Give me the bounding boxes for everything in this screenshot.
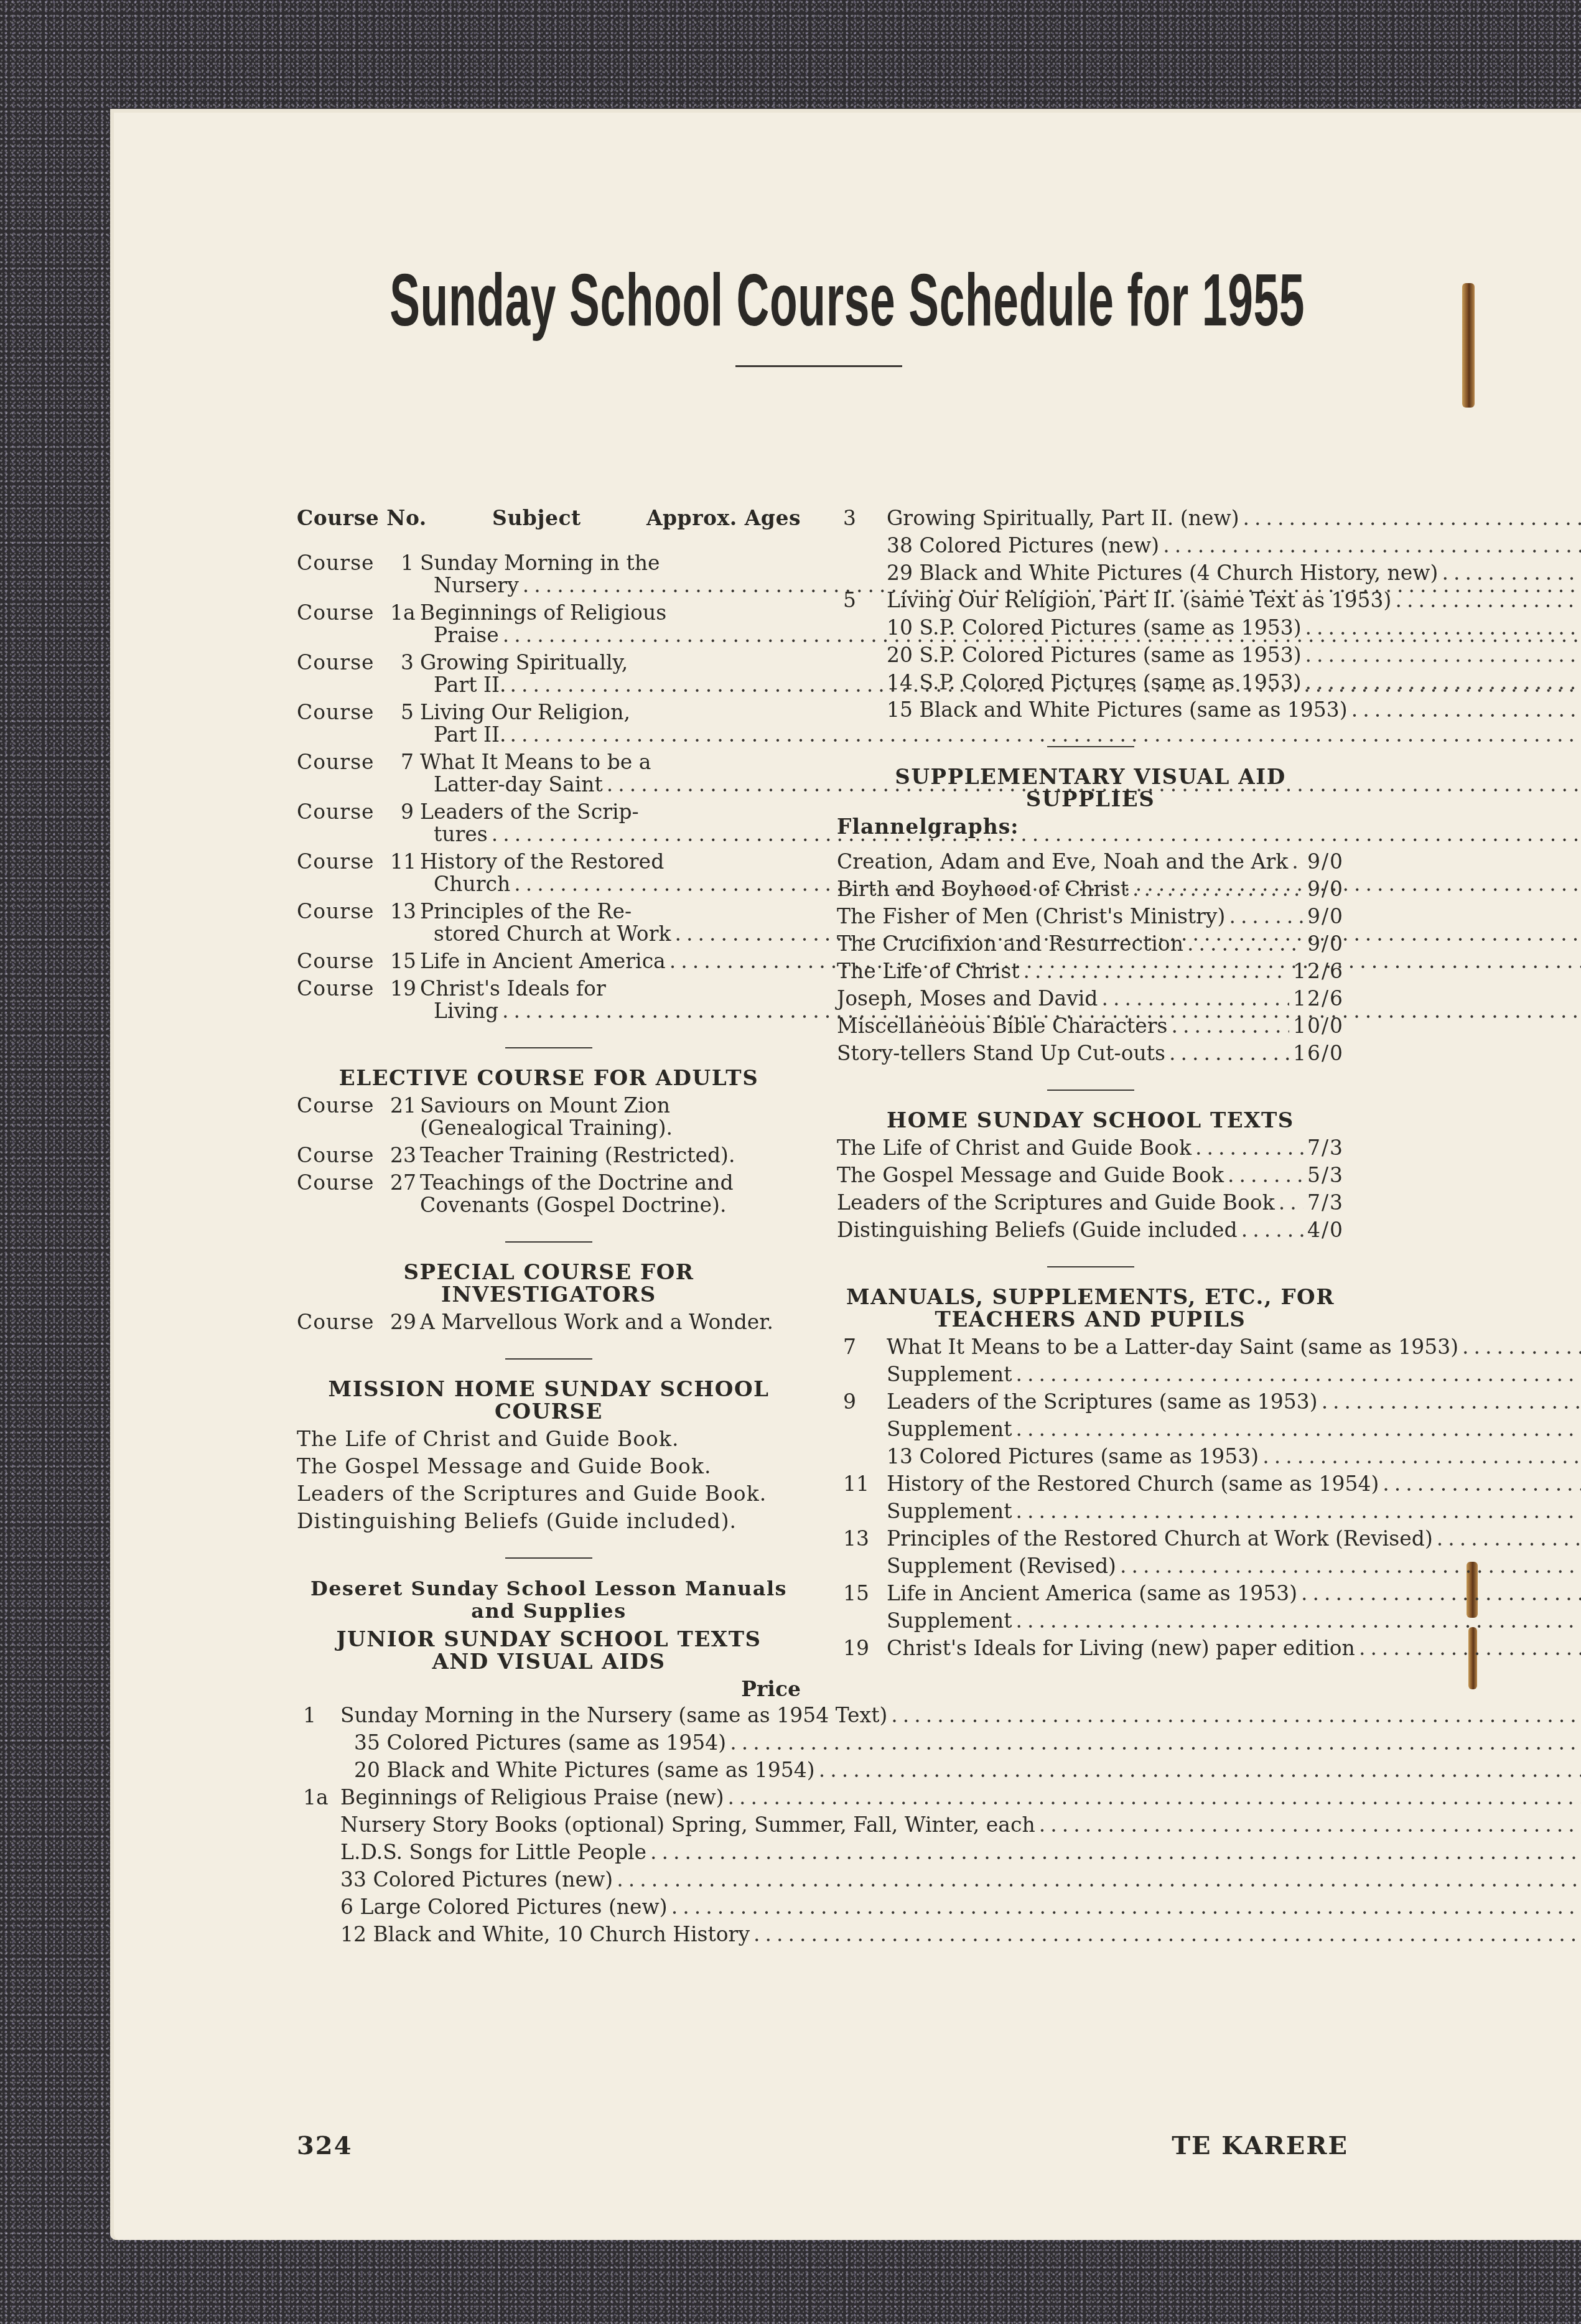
- course-subject: Teachings of the Doctrine and Covenants …: [420, 1172, 801, 1216]
- section-divider: [1047, 1266, 1134, 1267]
- header-subject: Subject: [492, 507, 581, 530]
- list-item: Miscellaneous Bible Characters10/0: [837, 1015, 1344, 1037]
- course-label: Course: [297, 1094, 390, 1139]
- right-column: 3Growing Spiritually, Part II. (new)10/3…: [837, 507, 1344, 1664]
- left-column: Course No. Subject Approx. Ages Course1S…: [297, 507, 801, 1951]
- dot-leader: [1016, 1418, 1581, 1440]
- item-text: Birth and Boyhood of Christ: [837, 878, 1129, 900]
- table-row: Course19Christ's Ideals forLiving19, 20,…: [297, 978, 801, 1022]
- magazine-page: Sunday School Course Schedule for 1955 C…: [110, 109, 1581, 2240]
- section-divider: [505, 1557, 592, 1559]
- item-text: Life in Ancient America (same as 1953): [887, 1582, 1297, 1605]
- list-item: 38 Colored Pictures (new)16/3: [837, 534, 1344, 557]
- dot-leader: [819, 1759, 1581, 1781]
- dot-leader: [1262, 1445, 1581, 1468]
- item-line: Christ's Ideals for Living (new) paper e…: [887, 1637, 1581, 1659]
- item-text: The Life of Christ: [837, 960, 1020, 982]
- dot-leader: [1359, 1637, 1581, 1659]
- course-label: Course: [297, 851, 390, 895]
- dot-leader: [1120, 1555, 1581, 1577]
- item-text: Nursery Story Books (optional) Spring, S…: [340, 1814, 1035, 1836]
- course-table-header: Course No. Subject Approx. Ages: [297, 507, 801, 530]
- course-label: Course: [297, 552, 390, 597]
- flannelgraphs-list: Creation, Adam and Eve, Noah and the Ark…: [837, 851, 1344, 1065]
- list-item: The Life of Christ and Guide Book7/3: [837, 1137, 1344, 1159]
- table-row: Course3Growing Spiritually,Part II.5, 6: [297, 651, 801, 696]
- item-text: Joseph, Moses and David: [837, 987, 1098, 1010]
- item-text: Living: [434, 1000, 498, 1022]
- list-item: 19Christ's Ideals for Living (new) paper…: [837, 1637, 1344, 1659]
- table-row: Course11History of the RestoredChurch13,…: [297, 851, 801, 895]
- item-price: 9/0: [1307, 878, 1344, 900]
- rust-stain-top: [1462, 283, 1475, 408]
- item-number: [297, 1732, 340, 1754]
- table-row: Course7What It Means to be aLatter-day S…: [297, 751, 801, 796]
- dot-leader: [1305, 644, 1581, 666]
- course-label: Course: [297, 950, 390, 973]
- item-text: 6 Large Colored Pictures (new): [340, 1896, 668, 1918]
- table-row: Course29A Marvellous Work and a Wonder.: [297, 1311, 801, 1333]
- item-number: 11: [837, 1473, 887, 1495]
- list-item: Supplement2/0: [837, 1418, 1344, 1440]
- list-item: Distinguishing Beliefs (Guide included).: [297, 1510, 801, 1533]
- item-line: 6 Large Colored Pictures (new)5/9: [340, 1896, 1581, 1918]
- item-price: 12/6: [1293, 960, 1344, 982]
- list-item: 14 S.P. Colored Pictures (same as 1953)1…: [837, 671, 1344, 694]
- page-title: Sunday School Course Schedule for 1955: [389, 258, 1302, 343]
- dot-leader: [1241, 1219, 1304, 1241]
- item-text: Story-tellers Stand Up Cut-outs: [837, 1042, 1165, 1065]
- course-number: 13: [390, 900, 420, 945]
- dot-leader: [1039, 1814, 1581, 1836]
- item-text: Living Our Religion, Part II. (same Text…: [887, 589, 1391, 612]
- item-line: Supplement2/0: [887, 1500, 1581, 1523]
- course-label: Course: [297, 651, 390, 696]
- item-text: Supplement: [887, 1500, 1012, 1523]
- dot-leader: [1395, 589, 1581, 612]
- course-number: 11: [390, 851, 420, 895]
- supplementary-heading: SUPPLEMENTARY VISUAL AID SUPPLIES: [837, 766, 1344, 811]
- dot-leader: [1301, 1582, 1581, 1605]
- list-item: 12 Black and White, 10 Church History8/3: [297, 1923, 801, 1946]
- list-item: The Life of Christ12/6: [837, 960, 1344, 982]
- dot-leader: [1292, 851, 1304, 873]
- item-line: Supplement2/0: [887, 1363, 1581, 1386]
- course-label: Course: [297, 602, 390, 646]
- list-item: Story-tellers Stand Up Cut-outs16/0: [837, 1042, 1344, 1065]
- item-text: History of the Restored Church (same as …: [887, 1473, 1379, 1495]
- dot-leader: [671, 1896, 1581, 1918]
- list-item: The Gospel Message and Guide Book5/3: [837, 1164, 1344, 1187]
- table-row: Course27Teachings of the Doctrine and Co…: [297, 1172, 801, 1216]
- course-subject: Saviours on Mount Zion (Genealogical Tra…: [420, 1094, 801, 1139]
- section-divider: [505, 1047, 592, 1048]
- item-price: 4/0: [1307, 1219, 1344, 1241]
- item-text: The Fisher of Men (Christ's Ministry): [837, 905, 1225, 928]
- item-text: tures: [434, 823, 488, 846]
- dot-leader: [650, 1841, 1581, 1864]
- item-line: Sunday Morning in the Nursery (same as 1…: [340, 1704, 1581, 1727]
- item-price: 9/0: [1307, 933, 1344, 955]
- dot-leader: [1187, 933, 1304, 955]
- item-number: [837, 1610, 887, 1632]
- deseret-heading: Deseret Sunday School Lesson Manuals and…: [297, 1577, 801, 1622]
- list-item: Distinguishing Beliefs (Guide included4/…: [837, 1219, 1344, 1241]
- item-line: 10 S.P. Colored Pictures (same as 1953)4…: [887, 617, 1581, 639]
- item-line: Nursery Story Books (optional) Spring, S…: [340, 1814, 1581, 1836]
- list-item: 20 Black and White Pictures (same as 195…: [297, 1759, 801, 1781]
- dot-leader: [1462, 1336, 1581, 1358]
- course-number: 29: [390, 1311, 420, 1333]
- item-number: [837, 644, 887, 666]
- dot-leader: [1016, 1500, 1581, 1523]
- list-item: 13Principles of the Restored Church at W…: [837, 1528, 1344, 1550]
- course-label: Course: [297, 1172, 390, 1216]
- course-label: Course: [297, 1144, 390, 1167]
- item-number: [837, 617, 887, 639]
- header-course: Course No.: [297, 507, 427, 530]
- item-line: 13 Colored Pictures (same as 1953)5/9: [887, 1445, 1581, 1468]
- item-text: Beginnings of Religious Praise (new): [340, 1786, 724, 1809]
- item-price: 9/0: [1307, 905, 1344, 928]
- section-divider: [1047, 1090, 1134, 1091]
- list-item: 3Growing Spiritually, Part II. (new)10/3: [837, 507, 1344, 530]
- dot-leader: [1169, 1042, 1289, 1065]
- course-subject: A Marvellous Work and a Wonder.: [420, 1311, 801, 1333]
- item-number: 7: [837, 1336, 887, 1358]
- item-text: 33 Colored Pictures (new): [340, 1869, 613, 1891]
- table-row: Course23Teacher Training (Restricted).: [297, 1144, 801, 1167]
- dot-leader: [891, 1704, 1581, 1727]
- page-number: 324: [297, 2131, 353, 2160]
- item-text: 35 Colored Pictures (same as 1954): [354, 1732, 726, 1754]
- dot-leader: [1351, 699, 1581, 721]
- list-item: 7What It Means to be a Latter-day Saint …: [837, 1336, 1344, 1358]
- special-heading: SPECIAL COURSE FOR INVESTIGATORS: [297, 1261, 801, 1306]
- course-number: 23: [390, 1144, 420, 1167]
- item-text: Latter-day Saint: [434, 773, 603, 796]
- item-number: [297, 1869, 340, 1891]
- item-price: 5/3: [1307, 1164, 1344, 1187]
- dot-leader: [1437, 1528, 1581, 1550]
- item-text: 15 Black and White Pictures (same as 195…: [887, 699, 1348, 721]
- item-line: Growing Spiritually, Part II. (new)10/3: [887, 507, 1581, 530]
- item-line: Supplement2/0: [887, 1610, 1581, 1632]
- item-number: [837, 1445, 887, 1468]
- dot-leader: [1279, 1192, 1304, 1214]
- list-item: Birth and Boyhood of Christ9/0: [837, 878, 1344, 900]
- item-text: Supplement: [887, 1363, 1012, 1386]
- item-text: Distinguishing Beliefs (Guide included: [837, 1219, 1238, 1241]
- item-text: Miscellaneous Bible Characters: [837, 1015, 1168, 1037]
- table-row: Course21Saviours on Mount Zion (Genealog…: [297, 1094, 801, 1139]
- list-item: 5Living Our Religion, Part II. (same Tex…: [837, 589, 1344, 612]
- list-item: The Gospel Message and Guide Book.: [297, 1455, 801, 1478]
- item-number: [837, 562, 887, 584]
- list-item: 33 Colored Pictures (new)14/6: [297, 1869, 801, 1891]
- item-text: The Life of Christ and Guide Book: [837, 1137, 1192, 1159]
- dot-leader: [617, 1869, 1581, 1891]
- item-text: Leaders of the Scriptures (same as 1953): [887, 1391, 1318, 1413]
- course-table-rows: Course1Sunday Morning in theNursery2, 3C…: [297, 552, 801, 1022]
- home-texts-heading: HOME SUNDAY SCHOOL TEXTS: [837, 1109, 1344, 1132]
- item-line: 33 Colored Pictures (new)14/6: [340, 1869, 1581, 1891]
- item-text: 38 Colored Pictures (new): [887, 534, 1159, 557]
- table-row: Course13Principles of the Re-stored Chur…: [297, 900, 801, 945]
- item-price: 10/0: [1293, 1015, 1344, 1037]
- item-number: [837, 671, 887, 694]
- dot-leader: [1132, 878, 1304, 900]
- dot-leader: [1195, 1137, 1304, 1159]
- list-item: Leaders of the Scriptures and Guide Book…: [837, 1192, 1344, 1214]
- item-number: 9: [837, 1391, 887, 1413]
- course-subject: Teacher Training (Restricted).: [420, 1144, 801, 1167]
- item-number: 1: [297, 1704, 340, 1727]
- list-item: 1aBeginnings of Religious Praise (new)11…: [297, 1786, 801, 1809]
- item-price: 7/3: [1307, 1192, 1344, 1214]
- item-number: 15: [837, 1582, 887, 1605]
- table-row: Course5Living Our Religion,Part II.7, 8: [297, 701, 801, 746]
- item-number: [297, 1841, 340, 1864]
- item-line: 15 Black and White Pictures (same as 195…: [887, 699, 1581, 721]
- list-item: The Fisher of Men (Christ's Ministry)9/0: [837, 905, 1344, 928]
- list-item: Creation, Adam and Eve, Noah and the Ark…: [837, 851, 1344, 873]
- section-divider: [505, 1358, 592, 1360]
- list-item: Supplement (Revised)2/0: [837, 1555, 1344, 1577]
- item-price: 7/3: [1307, 1137, 1344, 1159]
- item-text: 14 S.P. Colored Pictures (same as 1953): [887, 671, 1302, 694]
- header-ages: Approx. Ages: [646, 507, 801, 530]
- item-number: [837, 1418, 887, 1440]
- item-text: 20 Black and White Pictures (same as 195…: [354, 1759, 815, 1781]
- item-number: [837, 1363, 887, 1386]
- item-text: Supplement (Revised): [887, 1555, 1116, 1577]
- item-text: What It Means to be a Latter-day Saint (…: [887, 1336, 1458, 1358]
- item-number: 1a: [297, 1786, 340, 1809]
- item-line: L.D.S. Songs for Little People1/9: [340, 1841, 1581, 1864]
- item-line: Supplement (Revised)2/0: [887, 1555, 1581, 1577]
- item-number: [297, 1759, 340, 1781]
- item-number: [837, 1500, 887, 1523]
- flannelgraphs-label: Flannelgraphs:: [837, 816, 1344, 838]
- list-item: 1Sunday Morning in the Nursery (same as …: [297, 1704, 801, 1727]
- list-item: 9Leaders of the Scriptures (same as 1953…: [837, 1391, 1344, 1413]
- item-text: 12 Black and White, 10 Church History: [340, 1923, 750, 1946]
- section-divider: [505, 1241, 592, 1243]
- junior-texts-continued-list: 3Growing Spiritually, Part II. (new)10/3…: [837, 507, 1344, 721]
- course-number: 15: [390, 950, 420, 973]
- table-row: Course1Sunday Morning in theNursery2, 3: [297, 552, 801, 597]
- item-line: Supplement2/0: [887, 1418, 1581, 1440]
- item-text: Church: [434, 873, 510, 895]
- item-number: 5: [837, 589, 887, 612]
- course-number: 5: [390, 701, 420, 746]
- list-item: Joseph, Moses and David12/6: [837, 987, 1344, 1010]
- course-number: 1: [390, 552, 420, 597]
- dot-leader: [1024, 960, 1289, 982]
- item-text: Part II.: [434, 674, 506, 696]
- dot-leader: [1101, 987, 1289, 1010]
- dot-leader: [1172, 1015, 1289, 1037]
- item-text: 20 S.P. Colored Pictures (same as 1953): [887, 644, 1302, 666]
- item-text: L.D.S. Songs for Little People: [340, 1841, 646, 1864]
- item-number: [297, 1814, 340, 1836]
- dot-leader: [1305, 671, 1581, 694]
- dot-leader: [1163, 534, 1581, 557]
- table-row: Course1aBeginnings of ReligiousPraise4: [297, 602, 801, 646]
- course-label: Course: [297, 978, 390, 1022]
- course-number: 3: [390, 651, 420, 696]
- dot-leader: [1322, 1391, 1581, 1413]
- elective-heading: ELECTIVE COURSE FOR ADULTS: [297, 1067, 801, 1090]
- item-text: Creation, Adam and Eve, Noah and the Ark: [837, 851, 1288, 873]
- item-text: Supplement: [887, 1610, 1012, 1632]
- list-item: The Crucifixion and Resurrection9/0: [837, 933, 1344, 955]
- mission-home-list: The Life of Christ and Guide Book.The Go…: [297, 1428, 801, 1533]
- item-text: Life in Ancient America: [420, 950, 666, 973]
- item-line: What It Means to be a Latter-day Saint (…: [887, 1336, 1581, 1358]
- item-text: 29 Black and White Pictures (4 Church Hi…: [887, 562, 1438, 584]
- course-number: 27: [390, 1172, 420, 1216]
- item-number: [297, 1896, 340, 1918]
- list-item: 20 S.P. Colored Pictures (same as 1953)8…: [837, 644, 1344, 666]
- item-text: 10 S.P. Colored Pictures (same as 1953): [887, 617, 1302, 639]
- dot-leader: [1442, 562, 1581, 584]
- course-label: Course: [297, 900, 390, 945]
- item-text: Sunday Morning in the Nursery (same as 1…: [340, 1704, 887, 1727]
- elective-rows: Course21Saviours on Mount Zion (Genealog…: [297, 1094, 801, 1216]
- special-rows: Course29A Marvellous Work and a Wonder.: [297, 1311, 801, 1333]
- course-label: Course: [297, 751, 390, 796]
- list-item: 15Life in Ancient America (same as 1953)…: [837, 1582, 1344, 1605]
- item-line: 35 Colored Pictures (same as 1954)15/3: [340, 1732, 1581, 1754]
- list-item: 15 Black and White Pictures (same as 195…: [837, 699, 1344, 721]
- item-number: 19: [837, 1637, 887, 1659]
- dot-leader: [1383, 1473, 1581, 1495]
- item-line: 20 S.P. Colored Pictures (same as 1953)8…: [887, 644, 1581, 666]
- home-texts-list: The Life of Christ and Guide Book7/3The …: [837, 1137, 1344, 1241]
- list-item: Supplement2/0: [837, 1610, 1344, 1632]
- junior-texts-list: 1Sunday Morning in the Nursery (same as …: [297, 1704, 801, 1946]
- publication-name: TE KARERE: [1131, 2131, 1348, 2160]
- course-number: 7: [390, 751, 420, 796]
- course-number: 21: [390, 1094, 420, 1139]
- dot-leader: [1228, 1164, 1304, 1187]
- item-line: Beginnings of Religious Praise (new)11/0: [340, 1786, 1581, 1809]
- item-line: 29 Black and White Pictures (4 Church Hi…: [887, 562, 1581, 584]
- item-line: Living Our Religion, Part II. (same Text…: [887, 589, 1581, 612]
- item-text: Principles of the Restored Church at Wor…: [887, 1528, 1433, 1550]
- manuals-heading: MANUALS, SUPPLEMENTS, ETC., FOR TEACHERS…: [837, 1286, 1344, 1331]
- list-item: 29 Black and White Pictures (4 Church Hi…: [837, 562, 1344, 584]
- item-text: Supplement: [887, 1418, 1012, 1440]
- list-item: The Life of Christ and Guide Book.: [297, 1428, 801, 1450]
- dot-leader: [730, 1732, 1581, 1754]
- list-item: 35 Colored Pictures (same as 1954)15/3: [297, 1732, 801, 1754]
- junior-texts-heading: JUNIOR SUNDAY SCHOOL TEXTS AND VISUAL AI…: [297, 1628, 801, 1673]
- item-line: 20 Black and White Pictures (same as 195…: [340, 1759, 1581, 1781]
- item-number: [837, 1555, 887, 1577]
- dot-leader: [1229, 905, 1304, 928]
- price-column-label: Price: [297, 1678, 801, 1701]
- item-line: 14 S.P. Colored Pictures (same as 1953)1…: [887, 671, 1581, 694]
- course-label: Course: [297, 1311, 390, 1333]
- list-item: 11History of the Restored Church (same a…: [837, 1473, 1344, 1495]
- item-number: [297, 1923, 340, 1946]
- mission-home-heading: MISSION HOME SUNDAY SCHOOL COURSE: [297, 1378, 801, 1423]
- dot-leader: [753, 1923, 1581, 1946]
- item-number: 3: [837, 507, 887, 530]
- item-number: [837, 699, 887, 721]
- item-text: Leaders of the Scriptures and Guide Book: [837, 1192, 1275, 1214]
- item-text: Christ's Ideals for Living (new) paper e…: [887, 1637, 1355, 1659]
- list-item: Supplement2/0: [837, 1500, 1344, 1523]
- list-item: L.D.S. Songs for Little People1/9: [297, 1841, 801, 1864]
- list-item: Nursery Story Books (optional) Spring, S…: [297, 1814, 801, 1836]
- list-item: 13 Colored Pictures (same as 1953)5/9: [837, 1445, 1344, 1468]
- course-number: 19: [390, 978, 420, 1022]
- item-price: 9/0: [1307, 851, 1344, 873]
- manuals-list: 7What It Means to be a Latter-day Saint …: [837, 1336, 1344, 1659]
- course-number: 9: [390, 801, 420, 846]
- item-text: Praise: [434, 624, 499, 646]
- item-text: stored Church at Work: [434, 923, 671, 945]
- table-row: Course9Leaders of the Scrip-tures11, 12: [297, 801, 801, 846]
- dot-leader: [1243, 507, 1581, 530]
- item-number: 13: [837, 1528, 887, 1550]
- course-label: Course: [297, 801, 390, 846]
- list-item: 10 S.P. Colored Pictures (same as 1953)4…: [837, 617, 1344, 639]
- dot-leader: [1016, 1610, 1581, 1632]
- course-label: Course: [297, 701, 390, 746]
- item-text: Nursery: [434, 574, 519, 597]
- item-price: 16/0: [1293, 1042, 1344, 1065]
- list-item: Leaders of the Scriptures and Guide Book…: [297, 1483, 801, 1505]
- list-item: Supplement2/0: [837, 1363, 1344, 1386]
- title-divider: [735, 365, 902, 367]
- item-price: 12/6: [1293, 987, 1344, 1010]
- item-line: 12 Black and White, 10 Church History8/3: [340, 1923, 1581, 1946]
- dot-leader: [1305, 617, 1581, 639]
- item-text: The Crucifixion and Resurrection: [837, 933, 1183, 955]
- list-item: 6 Large Colored Pictures (new)5/9: [297, 1896, 801, 1918]
- table-row: Course15Life in Ancient America17, 18: [297, 950, 801, 973]
- item-number: [837, 534, 887, 557]
- course-number: 1a: [390, 602, 420, 646]
- section-divider: [1047, 746, 1134, 747]
- item-text: The Gospel Message and Guide Book: [837, 1164, 1224, 1187]
- dot-leader: [1016, 1363, 1581, 1386]
- item-text: Part II.: [434, 724, 506, 746]
- item-line: Leaders of the Scriptures (same as 1953)…: [887, 1391, 1581, 1413]
- dot-leader: [728, 1786, 1581, 1809]
- item-line: Life in Ancient America (same as 1953)2/…: [887, 1582, 1581, 1605]
- item-text: 13 Colored Pictures (same as 1953): [887, 1445, 1259, 1468]
- item-line: History of the Restored Church (same as …: [887, 1473, 1581, 1495]
- item-text: Growing Spiritually, Part II. (new): [887, 507, 1239, 530]
- item-line: 38 Colored Pictures (new)16/3: [887, 534, 1581, 557]
- item-line: Principles of the Restored Church at Wor…: [887, 1528, 1581, 1550]
